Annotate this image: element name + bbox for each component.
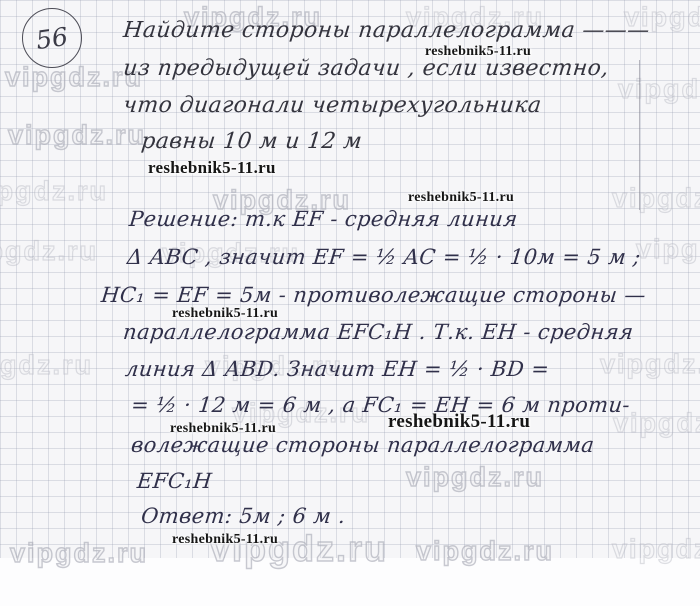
solution-line: волежащие стороны параллелограмма (130, 433, 596, 457)
solution-line: Δ ABC , значит EF = ½ AC = ½ · 10м = 5 м… (126, 245, 642, 269)
bold-watermark: reshebnik5-11.ru (172, 532, 278, 548)
outline-watermark: vipgdz.ru (600, 349, 700, 380)
paper-crease-line (639, 60, 640, 210)
outline-watermark: vipgdz.ru (406, 462, 544, 493)
outline-watermark: vipgdz.ru (0, 176, 108, 207)
outline-watermark: vipgdz.ru (636, 234, 700, 265)
outline-watermark: vipgdz.ru (612, 183, 700, 214)
notebook-page: vipgdz.ru vipgdz.ru vipgdz.ru vipgdz.ru … (0, 0, 700, 606)
problem-number-circle: 56 (22, 8, 82, 68)
outline-watermark: vipgdz.ru (0, 236, 98, 267)
solution-line: HC₁ = EF = 5м - противолежащие стороны — (100, 283, 647, 307)
problem-line: Найдите стороны параллелограмма ——— (122, 18, 651, 43)
solution-line: линия Δ ABD. Значит EH = ½ · BD = (124, 357, 551, 381)
outline-watermark: vipgdz.ru (612, 534, 700, 565)
solution-line: Решение: т.к EF - средняя линия (128, 207, 519, 231)
problem-line: из предыдущей задачи , если известно, (122, 56, 610, 81)
outline-watermark: vipgdz.ru (8, 120, 146, 151)
problem-line: равны 10 м и 12 м (140, 129, 363, 154)
bold-watermark: reshebnik5-11.ru (408, 190, 514, 206)
solution-line: = ½ · 12 м = 6 м , а FC₁ = EH = 6 м прот… (130, 393, 631, 417)
outline-watermark: vipgdz.ru (618, 74, 700, 105)
solution-line: параллелограмма EFC₁H . Т.к. EH - средня… (122, 320, 635, 344)
bold-watermark: reshebnik5-11.ru (425, 44, 531, 60)
problem-number: 56 (34, 21, 70, 54)
bold-watermark: reshebnik5-11.ru (148, 158, 276, 178)
outline-watermark: vipgdz.ru (416, 536, 554, 567)
problem-line: что диагонали четырехугольника (122, 93, 543, 118)
solution-line: EFC₁H (136, 469, 213, 493)
answer-line: Ответ: 5м ; 6 м . (140, 504, 347, 528)
outline-watermark: vipgdz.ru (10, 538, 148, 569)
outline-watermark: vipgdz.ru (0, 350, 93, 381)
